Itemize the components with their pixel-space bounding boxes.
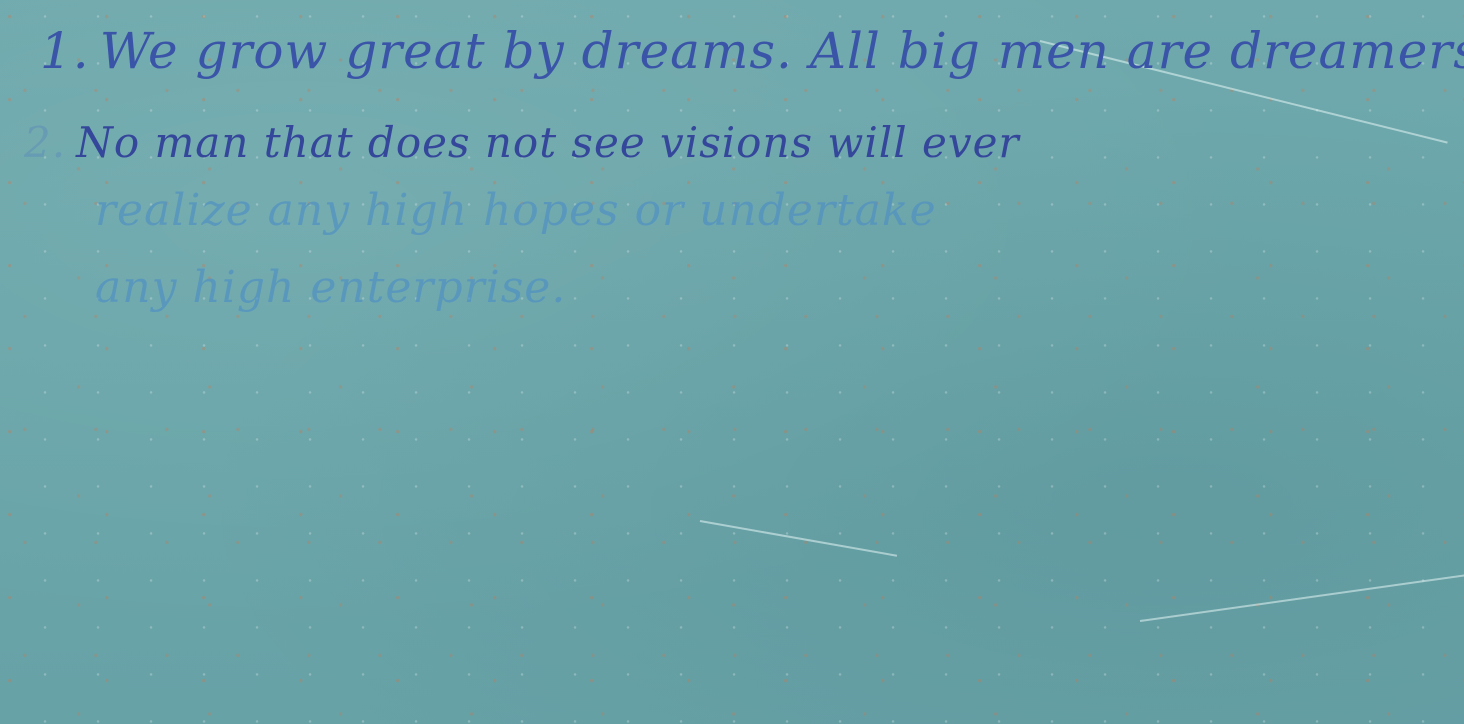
note-line-3: realize any high hopes or undertake <box>95 185 937 236</box>
paper-crease <box>700 520 897 556</box>
line-number: 1. <box>40 22 90 80</box>
line-number: 2. <box>24 118 66 167</box>
note-line-1: 1.We grow great by dreams. All big men a… <box>40 22 1464 80</box>
paper-texture <box>0 0 1464 724</box>
line-text: No man that does not see visions will ev… <box>76 118 1019 167</box>
paper-crease <box>1140 574 1464 621</box>
handwritten-note-paper: 1.We grow great by dreams. All big men a… <box>0 0 1464 724</box>
line-text: We grow great by dreams. All big men are… <box>100 22 1464 80</box>
note-line-2: 2.No man that does not see visions will … <box>24 118 1020 167</box>
note-line-4: any high enterprise. <box>95 262 566 313</box>
line-text: realize any high hopes or undertake <box>95 185 937 236</box>
line-text: any high enterprise. <box>95 262 566 313</box>
